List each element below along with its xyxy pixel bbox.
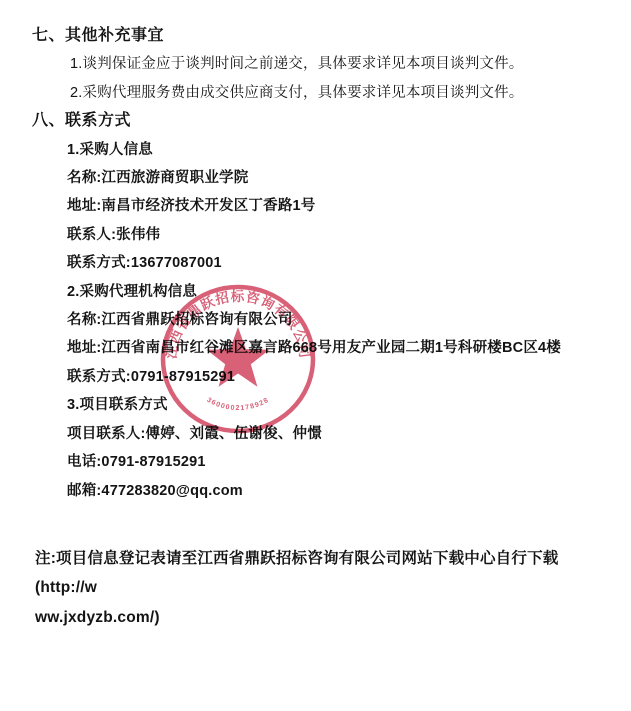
agency-name: 名称:江西省鼎跃招标咨询有限公司 — [67, 306, 605, 334]
agency-address: 地址:江西省南昌市红谷滩区嘉言路668号用友产业园二期1号科研楼BC区4楼 — [67, 334, 605, 362]
section-heading-contact: 八、联系方式 — [32, 107, 605, 135]
purchaser-info-title: 1.采购人信息 — [67, 136, 605, 164]
purchaser-contact-person: 联系人:张伟伟 — [67, 221, 605, 249]
agency-info-title: 2.采购代理机构信息 — [67, 278, 605, 306]
purchaser-contact-number: 联系方式:13677087001 — [67, 249, 605, 277]
purchaser-address: 地址:南昌市经济技术开发区丁香路1号 — [67, 192, 605, 220]
other-matters-item-2: 2.采购代理服务费由成交供应商支付，具体要求详见本项目谈判文件。 — [70, 79, 605, 107]
other-matters-item-1: 1.谈判保证金应于谈判时间之前递交，具体要求详见本项目谈判文件。 — [70, 50, 605, 78]
project-contact-title: 3.项目联系方式 — [67, 391, 605, 419]
download-note-line-2: ww.jxdyzb.com/) — [35, 603, 581, 633]
agency-contact-number: 联系方式:0791-87915291 — [67, 363, 605, 391]
document-page: 七、其他补充事宜 1.谈判保证金应于谈判时间之前递交，具体要求详见本项目谈判文件… — [0, 0, 631, 632]
download-note: 注:项目信息登记表请至江西省鼎跃招标咨询有限公司网站下载中心自行下载(http:… — [35, 544, 581, 633]
purchaser-name: 名称:江西旅游商贸职业学院 — [67, 164, 605, 192]
project-email: 邮箱:477283820@qq.com — [67, 477, 605, 505]
section-heading-other-matters: 七、其他补充事宜 — [32, 22, 605, 50]
project-phone: 电话:0791-87915291 — [67, 448, 605, 476]
download-note-line-1: 注:项目信息登记表请至江西省鼎跃招标咨询有限公司网站下载中心自行下载(http:… — [35, 544, 581, 603]
project-contacts: 项目联系人:傅婷、刘霞、伍谢俊、仲憬 — [67, 420, 605, 448]
